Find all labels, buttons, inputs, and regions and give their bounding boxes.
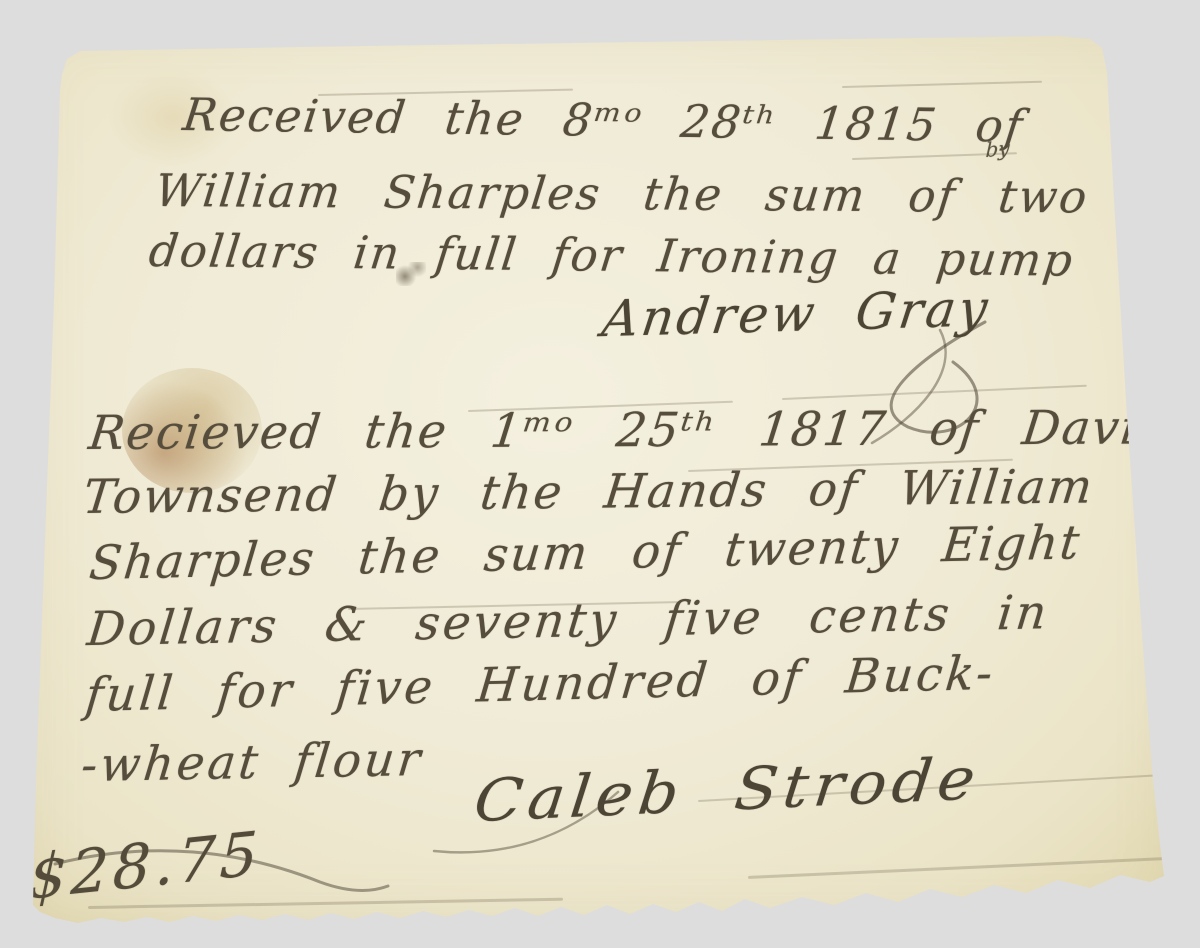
receipt2-line-3: Sharples the sum of twenty Eight — [87, 519, 1083, 587]
pencil-line — [748, 857, 1163, 879]
receipt1-line-2: William Sharples the sum of two — [153, 168, 1091, 219]
receipt2-line-6: -wheat flour — [79, 736, 425, 789]
photo-background: Received the 8ᵐᵒ 28ᵗʰ 1815 of by William… — [0, 0, 1200, 948]
receipt1-signature: Andrew Gray — [599, 283, 993, 344]
receipt1-interlinear-note: by — [985, 137, 1010, 160]
pencil-line — [782, 385, 1087, 400]
receipt-paper: Received the 8ᵐᵒ 28ᵗʰ 1815 of by William… — [0, 0, 1200, 948]
receipt2-line-5: full for five Hundred of Buck- — [83, 650, 997, 719]
receipt2-line-1: Recieved the 1ᵐᵒ 25ᵗʰ 1817 of David — [86, 404, 1172, 457]
amount-due: $28.75 — [28, 824, 263, 909]
receipt2-line-2: Townsend by the Hands of William — [81, 463, 1097, 521]
receipt2-line-4: Dollars & seventy five cents in — [85, 589, 1052, 653]
receipt1-line-1: Received the 8ᵐᵒ 28ᵗʰ 1815 of — [181, 92, 1027, 149]
receipt1-line-3: dollars in full for Ironing a pump — [147, 228, 1077, 283]
receipt2-signature: Caleb Strode — [471, 749, 983, 830]
pencil-line — [842, 81, 1042, 88]
